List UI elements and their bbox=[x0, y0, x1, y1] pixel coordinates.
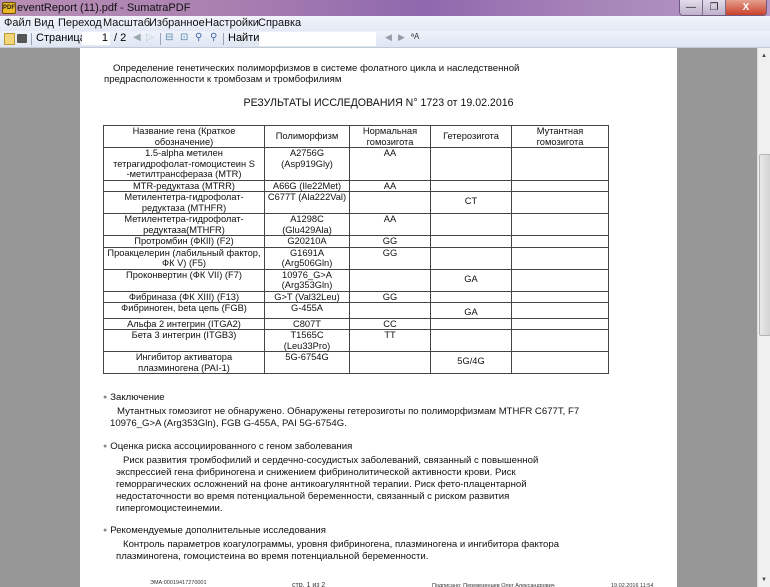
footer-page: стр. 1 из 2 bbox=[292, 582, 325, 587]
footer-code: ЭМА:00019417270001 bbox=[150, 580, 207, 586]
separator bbox=[31, 33, 32, 45]
section-title: ●Заключение bbox=[103, 392, 165, 403]
cell-hetero bbox=[431, 247, 512, 269]
cell-hetero bbox=[431, 148, 512, 181]
toolbar: Страница: 1 / 2 ◀ ▷ ⊟ ⊡ ⚲ ⚲ Найти: ◀ ▶ ª… bbox=[0, 31, 770, 48]
table-row: 1.5-alpha метилен тетрагидрофолат-гомоци… bbox=[104, 148, 609, 181]
cell-polymorphism: A66G (Ile22Met) bbox=[265, 180, 350, 192]
cell-hetero: GA bbox=[431, 303, 512, 319]
table-row: Проконвертин (ФК VII) (F7)10976_G>A (Arg… bbox=[104, 269, 609, 291]
cell-normal: GG bbox=[350, 247, 431, 269]
cell-normal bbox=[350, 303, 431, 319]
header-polymorphism: Полиморфизм bbox=[265, 126, 350, 148]
cell-hetero bbox=[431, 236, 512, 248]
find-previous-icon[interactable]: ◀ bbox=[385, 32, 392, 44]
cell-normal bbox=[350, 192, 431, 214]
cell-gene: Ингибитор активатора плазминогена (PAI-1… bbox=[104, 352, 265, 374]
cell-gene: Проакцелерин (лабильный фактор, ФК V) (F… bbox=[104, 247, 265, 269]
scroll-up-icon[interactable]: ▲ bbox=[761, 53, 767, 59]
close-button[interactable]: X bbox=[726, 0, 766, 15]
cell-polymorphism: G>T (Val32Leu) bbox=[265, 291, 350, 303]
cell-gene: Фибриназа (ФК XIII) (F13) bbox=[104, 291, 265, 303]
table-row: Метилентетра-гидрофолат-редуктаза(MTHFR)… bbox=[104, 214, 609, 236]
menu-zoom[interactable]: Масштаб bbox=[103, 17, 150, 29]
window-title: eventReport (11).pdf - SumatraPDF bbox=[17, 2, 190, 14]
find-next-icon[interactable]: ▶ bbox=[398, 32, 405, 44]
cell-polymorphism: G20210A bbox=[265, 236, 350, 248]
section-text: Контроль параметров коагулограммы, уровн… bbox=[116, 539, 576, 563]
separator bbox=[160, 33, 161, 45]
cell-normal bbox=[350, 269, 431, 291]
cell-polymorphism: C677T (Ala222Val) bbox=[265, 192, 350, 214]
cell-polymorphism: 5G-6754G bbox=[265, 352, 350, 374]
header-hetero: Гетерозигота bbox=[431, 126, 512, 148]
open-icon[interactable] bbox=[4, 33, 15, 45]
bullet-icon: ● bbox=[103, 443, 107, 450]
title-bar: PDF eventReport (11).pdf - SumatraPDF — … bbox=[0, 0, 770, 16]
footer-signed: Подписано: Перевезенцев Олег Александров… bbox=[432, 583, 555, 587]
vertical-scrollbar[interactable]: ▲ ▼ bbox=[757, 48, 770, 587]
cell-normal: AA bbox=[350, 214, 431, 236]
table-row: Проакцелерин (лабильный фактор, ФК V) (F… bbox=[104, 247, 609, 269]
pdf-page: Определение генетических полиморфизмов в… bbox=[80, 48, 677, 587]
cell-polymorphism: A1298C (Glu429Ala) bbox=[265, 214, 350, 236]
cell-hetero bbox=[431, 214, 512, 236]
header-normal: Нормальная гомозигота bbox=[350, 126, 431, 148]
fit-width-icon[interactable]: ⊡ bbox=[180, 32, 188, 44]
genotype-table: Название гена (Краткое обозначение) Поли… bbox=[103, 125, 609, 374]
cell-mutant bbox=[512, 180, 609, 192]
table-row: MTR-редуктаза (MTRR)A66G (Ile22Met)AA bbox=[104, 180, 609, 192]
section-text: Риск развития тромбофилий и сердечно-сос… bbox=[116, 455, 576, 515]
cell-normal: AA bbox=[350, 148, 431, 181]
cell-normal bbox=[350, 352, 431, 374]
cell-mutant bbox=[512, 192, 609, 214]
cell-normal: TT bbox=[350, 330, 431, 352]
table-row: Фибриназа (ФК XIII) (F13)G>T (Val32Leu)G… bbox=[104, 291, 609, 303]
back-arrow-icon[interactable]: ◀ bbox=[133, 32, 141, 44]
menu-file[interactable]: Файл bbox=[4, 17, 31, 29]
scrollbar-thumb[interactable] bbox=[759, 154, 770, 336]
cell-hetero bbox=[431, 318, 512, 330]
menu-settings[interactable]: Настройки bbox=[205, 17, 259, 29]
table-row: Бета 3 интегрин (ITGB3)T1565C (Leu33Pro)… bbox=[104, 330, 609, 352]
section-title: ●Оценка риска ассоциированного с геном з… bbox=[103, 441, 352, 452]
results-title: РЕЗУЛЬТАТЫ ИССЛЕДОВАНИЯ N° 1723 от 19.02… bbox=[80, 97, 677, 109]
bullet-icon: ● bbox=[103, 527, 107, 534]
window-controls: — ❐ X bbox=[679, 0, 767, 16]
menu-view[interactable]: Вид bbox=[34, 17, 54, 29]
cell-mutant bbox=[512, 148, 609, 181]
table-row: Ингибитор активатора плазминогена (PAI-1… bbox=[104, 352, 609, 374]
cell-polymorphism: G-455A bbox=[265, 303, 350, 319]
cell-polymorphism: 10976_G>A (Arg353Gln) bbox=[265, 269, 350, 291]
section-title: ●Рекомендуемые дополнительные исследован… bbox=[103, 525, 326, 536]
page-total: / 2 bbox=[114, 32, 126, 44]
cell-mutant bbox=[512, 352, 609, 374]
cell-gene: Фибриноген, beta цепь (FGB) bbox=[104, 303, 265, 319]
menu-help[interactable]: Справка bbox=[258, 17, 301, 29]
zoom-in-icon[interactable]: ⚲ bbox=[210, 32, 217, 44]
minimize-button[interactable]: — bbox=[680, 0, 703, 15]
cell-hetero bbox=[431, 330, 512, 352]
table-row: Фибриноген, beta цепь (FGB)G-455AGA bbox=[104, 303, 609, 319]
cell-gene: 1.5-alpha метилен тетрагидрофолат-гомоци… bbox=[104, 148, 265, 181]
header-gene: Название гена (Краткое обозначение) bbox=[104, 126, 265, 148]
menu-bar: Файл Вид Переход Масштаб Избранное Настр… bbox=[0, 16, 770, 32]
find-input[interactable] bbox=[259, 32, 376, 46]
separator bbox=[223, 33, 224, 45]
footer-datetime: 19.02.2016 11:54 bbox=[611, 583, 653, 587]
cell-polymorphism: G1691A (Arg506Gln) bbox=[265, 247, 350, 269]
maximize-button[interactable]: ❐ bbox=[703, 0, 726, 15]
cell-normal: GG bbox=[350, 236, 431, 248]
cell-normal: CC bbox=[350, 318, 431, 330]
table-header-row: Название гена (Краткое обозначение) Поли… bbox=[104, 126, 609, 148]
forward-arrow-icon[interactable]: ▷ bbox=[146, 32, 154, 44]
sumatra-pdf-icon[interactable]: PDF bbox=[2, 2, 16, 14]
cell-mutant bbox=[512, 214, 609, 236]
cell-gene: Протромбин (ФКII) (F2) bbox=[104, 236, 265, 248]
page-number-input[interactable]: 1 bbox=[82, 32, 110, 45]
cell-mutant bbox=[512, 247, 609, 269]
bullet-icon: ● bbox=[103, 394, 107, 401]
cell-mutant bbox=[512, 269, 609, 291]
cell-mutant bbox=[512, 330, 609, 352]
cell-gene: Метилентетра-гидрофолат-редуктаза (MTHFR… bbox=[104, 192, 265, 214]
zoom-out-icon[interactable]: ⚲ bbox=[195, 32, 202, 44]
cell-normal: GG bbox=[350, 291, 431, 303]
find-label: Найти: bbox=[228, 32, 262, 44]
cell-gene: Альфа 2 интегрин (ITGA2) bbox=[104, 318, 265, 330]
cell-gene: Проконвертин (ФК VII) (F7) bbox=[104, 269, 265, 291]
cell-gene: Метилентетра-гидрофолат-редуктаза(MTHFR) bbox=[104, 214, 265, 236]
cell-polymorphism: C807T bbox=[265, 318, 350, 330]
table-row: Метилентетра-гидрофолат-редуктаза (MTHFR… bbox=[104, 192, 609, 214]
menu-go[interactable]: Переход bbox=[58, 17, 102, 29]
header-mutant: Мутантная гомозигота bbox=[512, 126, 609, 148]
document-intro: Определение генетических полиморфизмов в… bbox=[104, 63, 524, 85]
cell-gene: Бета 3 интегрин (ITGB3) bbox=[104, 330, 265, 352]
print-icon[interactable] bbox=[17, 34, 27, 43]
cell-mutant bbox=[512, 318, 609, 330]
cell-mutant bbox=[512, 291, 609, 303]
cell-polymorphism: A2756G (Asp919Gly) bbox=[265, 148, 350, 181]
cell-gene: MTR-редуктаза (MTRR) bbox=[104, 180, 265, 192]
menu-favorites[interactable]: Избранное bbox=[149, 17, 205, 29]
table-row: Альфа 2 интегрин (ITGA2)C807TCC bbox=[104, 318, 609, 330]
cell-mutant bbox=[512, 236, 609, 248]
cell-hetero: 5G/4G bbox=[431, 352, 512, 374]
table-row: Протромбин (ФКII) (F2)G20210AGG bbox=[104, 236, 609, 248]
cell-polymorphism: T1565C (Leu33Pro) bbox=[265, 330, 350, 352]
cell-normal: AA bbox=[350, 180, 431, 192]
cell-hetero: CT bbox=[431, 192, 512, 214]
fit-page-icon[interactable]: ⊟ bbox=[165, 32, 173, 44]
cell-hetero: GA bbox=[431, 269, 512, 291]
match-case-icon[interactable]: ªA bbox=[411, 32, 419, 44]
cell-hetero bbox=[431, 180, 512, 192]
scroll-down-icon[interactable]: ▼ bbox=[761, 577, 767, 583]
page-label: Страница: bbox=[36, 32, 89, 44]
cell-hetero bbox=[431, 291, 512, 303]
section-text: Мутантных гомозигот не обнаружено. Обнар… bbox=[110, 406, 580, 430]
cell-mutant bbox=[512, 303, 609, 319]
